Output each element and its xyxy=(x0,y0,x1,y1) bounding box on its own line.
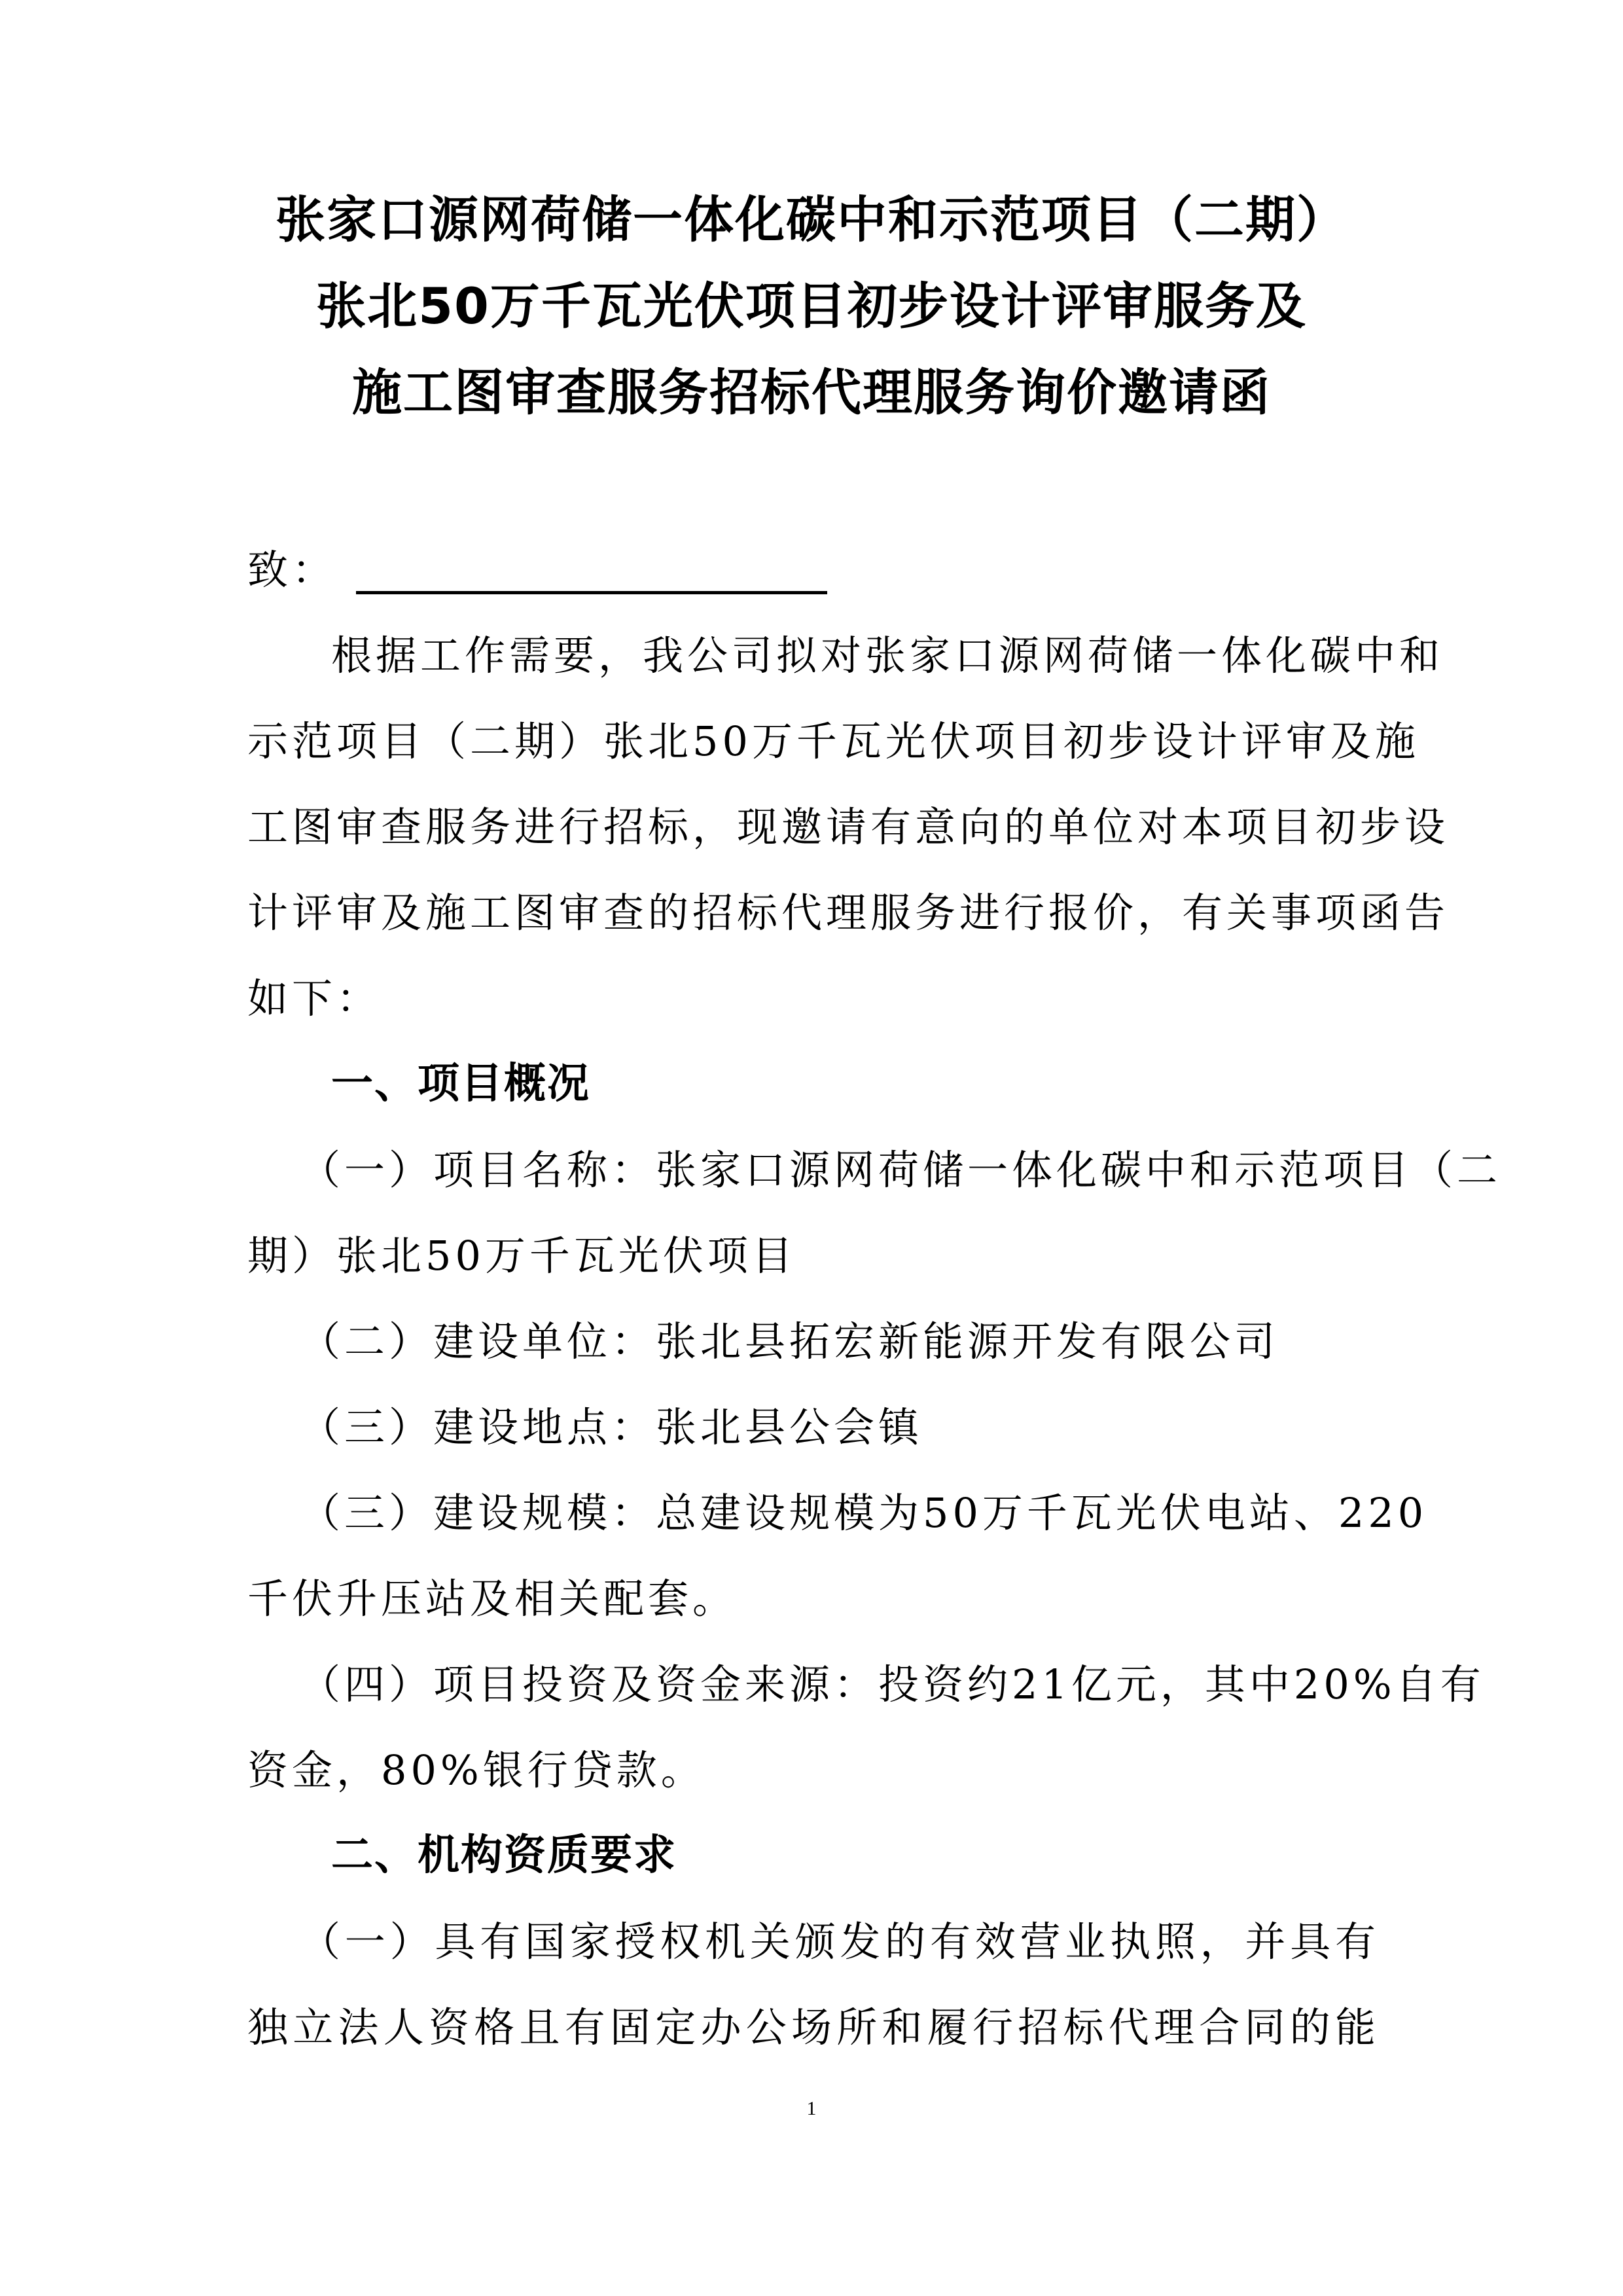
construction-unit-line: （二）建设单位：张北县拓宏新能源开发有限公司 xyxy=(247,1299,1380,1384)
construction-scale-item: （三）建设规模：总建设规模为50万千瓦光伏电站、220 千伏升压站及相关配套。 xyxy=(247,1470,1380,1641)
project-name-item: （一）项目名称：张家口源网荷储一体化碳中和示范项目（二 期）张北50万千瓦光伏项… xyxy=(247,1127,1380,1299)
intro-line-4: 计评审及施工图审查的招标代理服务进行报价，有关事项函告 xyxy=(247,870,1380,956)
section-heading-project-overview: 一、项目概况 xyxy=(247,1041,1380,1127)
addressee-label: 致： xyxy=(247,527,336,613)
intro-line-2: 示范项目（二期）张北50万千瓦光伏项目初步设计评审及施 xyxy=(247,698,1380,784)
intro-line-3: 工图审查服务进行招标，现邀请有意向的单位对本项目初步设 xyxy=(247,784,1380,870)
construction-unit-item: （二）建设单位：张北县拓宏新能源开发有限公司 xyxy=(247,1299,1380,1384)
document-page: 张家口源网荷储一体化碳中和示范项目（二期） 张北50万千瓦光伏项目初步设计评审服… xyxy=(0,0,1623,2296)
construction-location-item: （三）建设地点：张北县公会镇 xyxy=(247,1384,1380,1470)
investment-line-2: 资金，80%银行贷款。 xyxy=(247,1727,1380,1813)
intro-line-1: 根据工作需要，我公司拟对张家口源网荷储一体化碳中和 xyxy=(247,613,1380,698)
addressee-blank-field xyxy=(356,591,827,594)
construction-scale-line-2: 千伏升压站及相关配套。 xyxy=(247,1556,1380,1641)
qualification-item-1: （一）具有国家授权机关颁发的有效营业执照，并具有 独立法人资格且有固定办公场所和… xyxy=(247,1899,1380,2070)
title-line-3: 施工图审查服务招标代理服务询价邀请函 xyxy=(0,350,1623,436)
intro-paragraph: 根据工作需要，我公司拟对张家口源网荷储一体化碳中和 示范项目（二期）张北50万千… xyxy=(247,613,1380,1041)
addressee-line: 致： xyxy=(247,527,1380,613)
project-name-line-1: （一）项目名称：张家口源网荷储一体化碳中和示范项目（二 xyxy=(247,1127,1380,1213)
intro-line-5: 如下： xyxy=(247,956,1380,1041)
construction-location-line: （三）建设地点：张北县公会镇 xyxy=(247,1384,1380,1470)
investment-item: （四）项目投资及资金来源：投资约21亿元，其中20%自有 资金，80%银行贷款。 xyxy=(247,1641,1380,1813)
title-line-2: 张北50万千瓦光伏项目初步设计评审服务及 xyxy=(0,263,1623,350)
qualification-line-2: 独立法人资格且有固定办公场所和履行招标代理合同的能 xyxy=(247,1984,1380,2070)
section-heading-qualification: 二、机构资质要求 xyxy=(247,1813,1380,1899)
construction-scale-line-1: （三）建设规模：总建设规模为50万千瓦光伏电站、220 xyxy=(247,1470,1380,1556)
project-name-line-2: 期）张北50万千瓦光伏项目 xyxy=(247,1213,1380,1299)
page-number: 1 xyxy=(0,2098,1623,2120)
document-title: 张家口源网荷储一体化碳中和示范项目（二期） 张北50万千瓦光伏项目初步设计评审服… xyxy=(0,177,1623,436)
qualification-line-1: （一）具有国家授权机关颁发的有效营业执照，并具有 xyxy=(247,1899,1380,1984)
title-line-1: 张家口源网荷储一体化碳中和示范项目（二期） xyxy=(0,177,1623,263)
investment-line-1: （四）项目投资及资金来源：投资约21亿元，其中20%自有 xyxy=(247,1641,1380,1727)
document-body: 致： 根据工作需要，我公司拟对张家口源网荷储一体化碳中和 示范项目（二期）张北5… xyxy=(247,527,1380,2070)
